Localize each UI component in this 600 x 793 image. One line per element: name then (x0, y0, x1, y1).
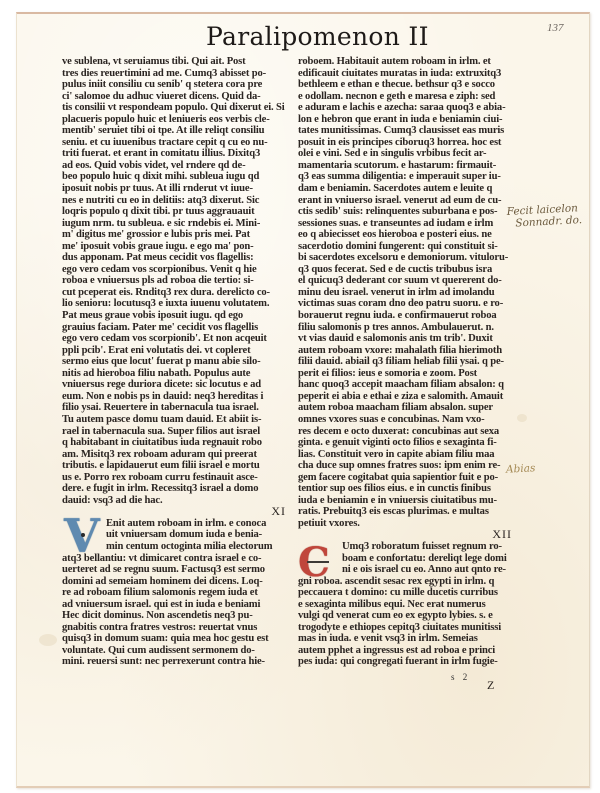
text-line: hanc quoq3 accepit maacham filiam absalo… (298, 379, 516, 391)
text-line: lias. Constituit vero in capite abiam fi… (298, 449, 516, 461)
text-line: re ad roboam filium salomonis regem iuda… (62, 587, 290, 599)
text-line: peccauera t domino: cu mille ducetis cur… (298, 587, 516, 599)
marginal-note-handwritten: Fecit laicelon Sonnadr. do. (506, 202, 582, 230)
text-line: Hec dicit dominus. Non ascendetis neq3 p… (62, 610, 290, 622)
text-line: lon e hebron que erant in iuda e beniami… (298, 114, 516, 126)
text-line: q3 eas summa diligentia: e imperauit sup… (298, 171, 516, 183)
text-line: ego vero cedam vos scorpionib'. Et non a… (62, 333, 290, 345)
text-line: dere. e fugit in irlm. Recessitq3 israel… (62, 483, 290, 495)
text-line: vniuersus rege duriora dicete: sic locut… (62, 379, 290, 391)
text-line: domini ad semeiam hominem dei dicens. Lo… (62, 576, 290, 588)
text-line: dam e beniamin. Sacerdotes autem e leuit… (298, 183, 516, 195)
text-line: petiuit vxores. (298, 518, 516, 530)
left-column-text-block: ve sublena, vt seruiamus tibi. Qui ait. … (62, 56, 290, 506)
text-line: perit ei filios: ieus e somoria e zoom. … (298, 368, 516, 380)
text-line: lio senioru: locutusq3 e iuxta iuuenu vo… (62, 298, 290, 310)
text-line: autem roboam vxore: mahalath filia hieri… (298, 345, 516, 357)
text-line: bi sacerdotes excelsoru e demoniorum. vi… (298, 252, 516, 264)
text-line: ve sublena, vt seruiamus tibi. Qui ait. … (62, 56, 290, 68)
text-line: ginta. e genuit viginti octo filios e se… (298, 437, 516, 449)
text-line: dus apponam. Pat meus cecidit vos flagel… (62, 252, 290, 264)
text-line: ctis sedib' suis: relinquentes suburbana… (298, 206, 516, 218)
text-line: filiu salomonis p tres annos. Ambulaueru… (298, 322, 516, 334)
text-line: bethleem e ethan e thecue. bethsur q3 e … (298, 79, 516, 91)
foxing-stain (517, 414, 527, 422)
text-line: Tu autem pasce domu tuam dauid. Et abiit… (62, 414, 290, 426)
text-line: eo q abiecisset eos hieroboa e posteri e… (298, 229, 516, 241)
text-line: beo populo huic q dixit mihi. subleua iu… (62, 171, 290, 183)
text-line: q habitabant in ciuitatibus iuda regnaui… (62, 437, 290, 449)
text-line: mini. reuersi sunt: nec perrexerunt cont… (62, 656, 290, 668)
text-line: ad eos. Quid vobis videt, vel rndere qd … (62, 160, 290, 172)
text-line: mentib' seruiet tibi oi tpe. At ille rel… (62, 125, 290, 137)
text-line: cut pceperat eis. Rnditq3 rex dura. dere… (62, 287, 290, 299)
text-line: ego vero cedam vos scorpionibus. Venit q… (62, 264, 290, 276)
chapter-number-xii: XII (298, 529, 516, 541)
illuminated-initial-v: V (64, 513, 104, 559)
text-line: grauius faciam. Pater me' cecidit vos fl… (62, 322, 290, 334)
text-line: rael in tabernacula sua. Super filios au… (62, 426, 290, 438)
text-line: me' iposuit vobis graue iugu. e ego ma' … (62, 241, 290, 253)
text-line: filio ysai. Reuertere in tabernacula tua… (62, 402, 290, 414)
text-line: pes iuda: qui congregati fuerant in irlm… (298, 656, 516, 668)
left-text-column: ve sublena, vt seruiamus tibi. Qui ait. … (62, 56, 290, 668)
text-line: peperit ei abia e ethai e ziza e salomit… (298, 391, 516, 403)
text-line: res decem e octo duxerat: concubinas aut… (298, 426, 516, 438)
text-line: nitis ad hieroboa filiu nabath. Populus … (62, 368, 290, 380)
text-line: olei e vini. Sed e in singulis vrbibus f… (298, 148, 516, 160)
text-line: mamentaria scutorum. e hastarum: firmaui… (298, 160, 516, 172)
text-line: am. Misitq3 rex roboam aduram qui preera… (62, 449, 290, 461)
text-line: e aduram e lachis e azecha: saraa quoq3 … (298, 102, 516, 114)
text-line: el quicuq3 dederant cor suum vt quereren… (298, 275, 516, 287)
text-line: eum. Non e nobis ps in dauid: neq3 hered… (62, 391, 290, 403)
initial-ornament-dot (81, 533, 85, 537)
signature-mark: s 2 (451, 672, 470, 682)
text-line: Pat meus graue vobis iposuit iugu. qd eg… (62, 310, 290, 322)
text-line: gnabitis contra fratres vestros: reuerta… (62, 622, 290, 634)
text-line: gem facere cogitabat quia sapientior fui… (298, 472, 516, 484)
text-line: ad vniuersum israel. qui est in iuda e b… (62, 599, 290, 611)
right-column-text-block: roboem. Habitauit autem roboam in irlm. … (298, 56, 516, 529)
text-line: nes e nutriti cu eo in delitiis: atq3 di… (62, 195, 290, 207)
text-line: placueris populo huic et leniueris eos v… (62, 114, 290, 126)
text-line: iposuit nobis pr tuus. At illi rnderut v… (62, 183, 290, 195)
text-line: e odollam. necnon e geth e maresa e ziph… (298, 91, 516, 103)
text-line: vt vias dauid e salomonis anis tm trib'.… (298, 333, 516, 345)
text-line: vulgi qd venerat cum eo ex egypto lybies… (298, 610, 516, 622)
text-line: posuit in eis principes ciboruq3 horrea.… (298, 137, 516, 149)
text-line: sessiones suas. e transeuntes ad iudam e… (298, 218, 516, 230)
text-line: cha duce sup omnes fratres suos: ipm eni… (298, 460, 516, 472)
text-line: erant in vniuerso israel. venerut ad eum… (298, 195, 516, 207)
text-line: ratis. Prebuitq3 eis escas plurimas. e m… (298, 506, 516, 518)
text-line: sermo eius que locut' fuerat p manu abie… (62, 356, 290, 368)
text-line: iugum nrm. tu subleua. e sic rndebis ei.… (62, 218, 290, 230)
text-line: pulus iniit consiliu cu senib' q stetera… (62, 79, 290, 91)
text-line: tributis. e lapidauerut eum filii israel… (62, 460, 290, 472)
text-line: q3 quos fecerat. Sed e de cuctis tribubu… (298, 264, 516, 276)
text-line: dauid: vsq3 ad die hac. (62, 495, 290, 507)
text-line: minu deu israel. venerut in irlm ad imol… (298, 287, 516, 299)
text-line: borauerut regnu iuda. e confirmauerut ro… (298, 310, 516, 322)
text-line: edificauit ciuitates muratas in iuda: ex… (298, 68, 516, 80)
foxing-stain (39, 634, 57, 646)
text-line: uerteret ad se regnu suum. Factusq3 est … (62, 564, 290, 576)
text-line: quisq3 in domum suam: quia mea hoc gestu… (62, 633, 290, 645)
text-line: ppli pcib'. Erat eni volutatis dei. vt c… (62, 345, 290, 357)
text-line: autem pphet a ingressus est ad roboa e p… (298, 645, 516, 657)
marginal-note-abias: Abias (506, 462, 536, 476)
text-line: loqris populo q dixit tibi. pr tuus aggr… (62, 206, 290, 218)
text-line: omnes vxores suas e concubinas. Nam vxo- (298, 414, 516, 426)
text-line: e sexaginta milibus equi. Nec erat numer… (298, 599, 516, 611)
text-line: tentior sup oes filios eius. e in cuncti… (298, 483, 516, 495)
text-line: victimas suas coram dno deo patru suoru.… (298, 298, 516, 310)
text-line: m' digitus me' grossior e lubis pris mei… (62, 229, 290, 241)
illuminated-initial-c: C (298, 543, 338, 581)
text-line: tis consilii vt respondeam populo. Qui d… (62, 102, 290, 114)
text-line: tres dies reuertimini ad me. Cumq3 abiss… (62, 68, 290, 80)
text-line: triti fuerat. et erant in comitatu illiu… (62, 148, 290, 160)
text-line: voluntate. Qui cum audissent sermonem do… (62, 645, 290, 657)
text-line: mas in iuda. e venit vsq3 in irlm. Semei… (298, 633, 516, 645)
text-line: seniu. et cu iuuenibus tractare cepit q … (62, 137, 290, 149)
catchword: Z (487, 678, 494, 693)
running-head-title: Paralipomenon II (206, 22, 429, 51)
text-line: us e. Porro rex roboam curru festinauit … (62, 472, 290, 484)
initial-ornament-bar (307, 561, 329, 563)
text-line: sacerdotio domini fungerent: qui constit… (298, 241, 516, 253)
text-line: roboa e vniuersus pls ad roboa die terti… (62, 275, 290, 287)
text-line: filii dauid. abiail q3 filiam heliab fil… (298, 356, 516, 368)
text-line: trogodyte e ethiopes cepitq3 ciuitates m… (298, 622, 516, 634)
text-line: iuda e beniamin e in vniuersis ciuitatib… (298, 495, 516, 507)
text-line: autem roboa maacham filiam absalon. supe… (298, 402, 516, 414)
text-line: tates munitissimas. Cumq3 clausisset eas… (298, 125, 516, 137)
text-line: ci' salomoe du adhuc viueret dicens. Qui… (62, 91, 290, 103)
folio-number: 137 (547, 22, 564, 34)
text-line: roboem. Habitauit autem roboam in irlm. … (298, 56, 516, 68)
